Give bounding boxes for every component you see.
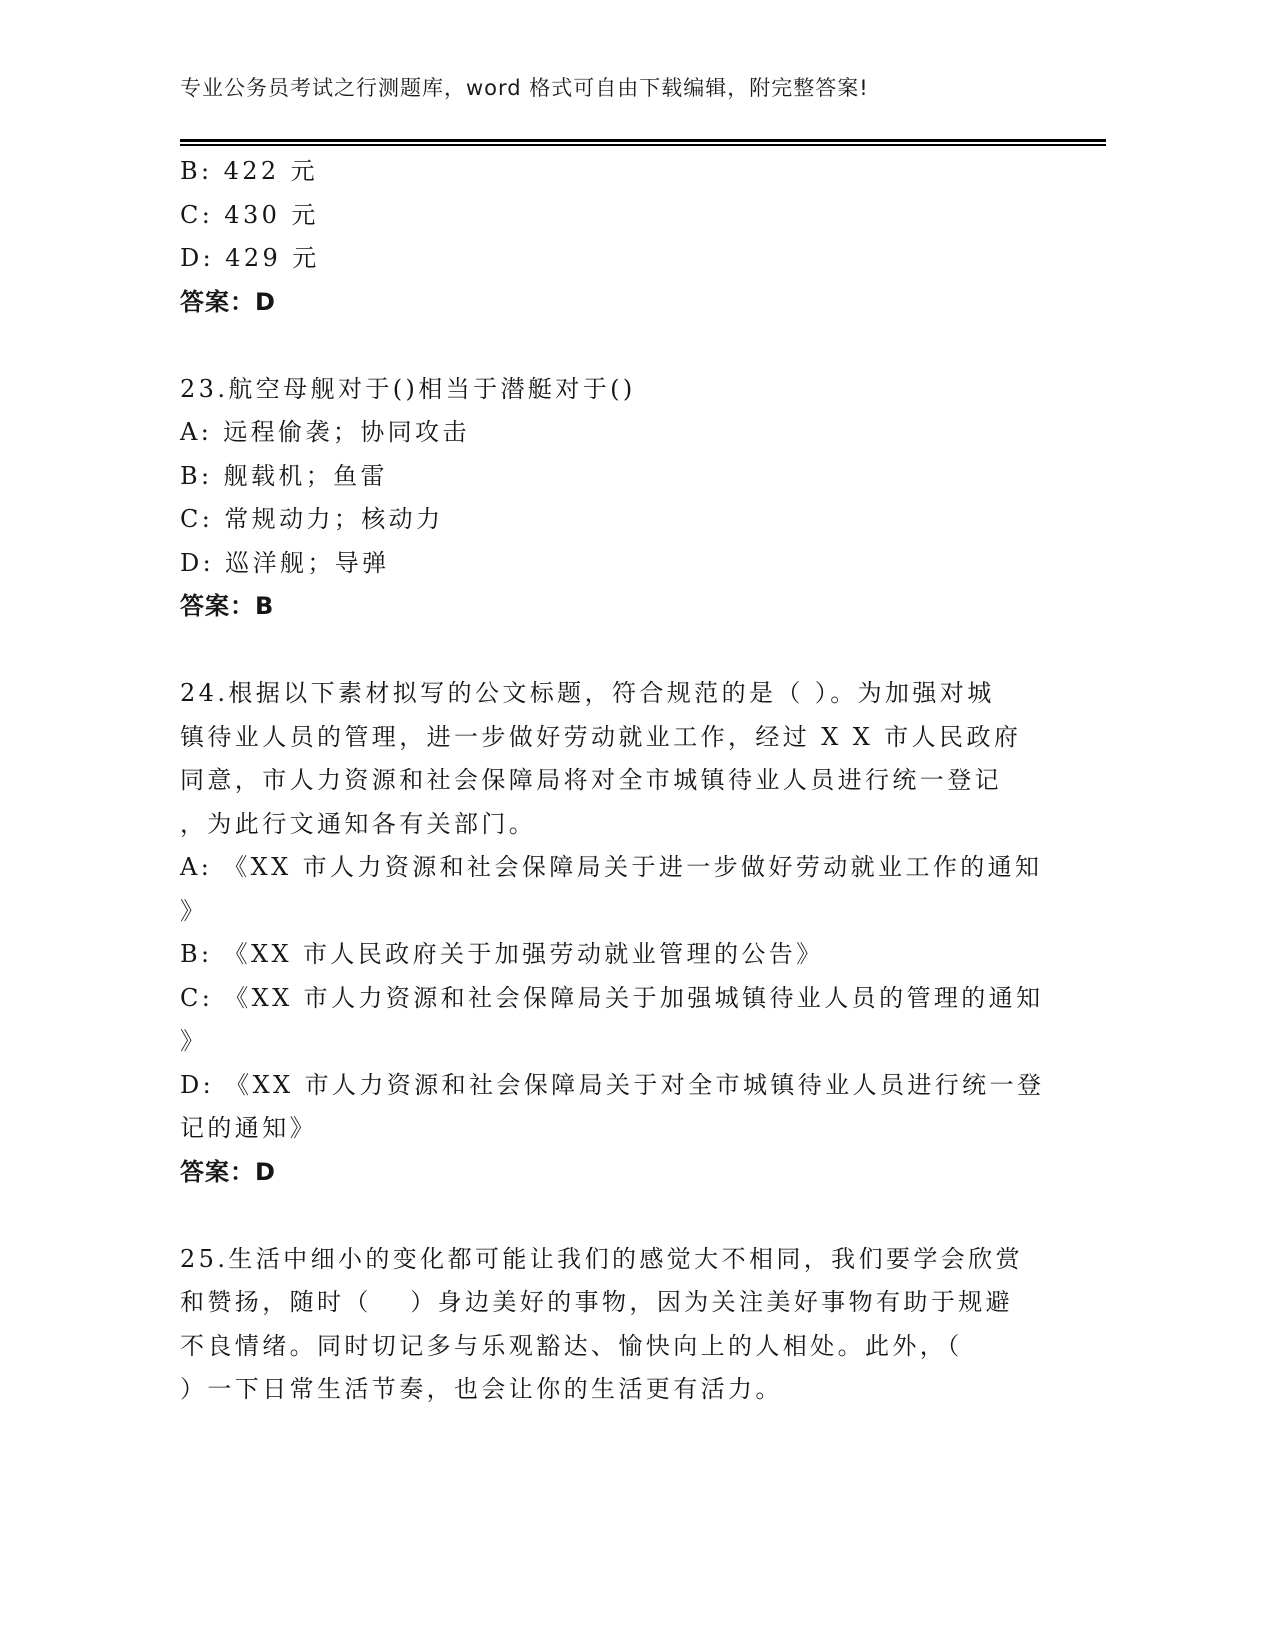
question-stem-cont: 不良情绪。同时切记多与乐观豁达、愉快向上的人相处。此外，（: [180, 1325, 1040, 1369]
option-a: A: 《XX 市人力资源和社会保障局关于进一步做好劳动就业工作的通知: [180, 846, 1040, 890]
header-rule-thick: [180, 139, 1106, 142]
option-d-cont: 记的通知》: [180, 1107, 1040, 1151]
option-d: D: 429 元: [180, 237, 1040, 281]
question-stem-cont: 镇待业人员的管理，进一步做好劳动就业工作，经过 X X 市人民政府: [180, 716, 1040, 760]
option-c-cont: 》: [180, 1020, 1040, 1064]
answer-line: 答案：B: [180, 585, 1040, 629]
spacer: [180, 324, 1040, 368]
option-a: A: 远程偷袭；协同攻击: [180, 411, 1040, 455]
option-label: B:: [180, 157, 213, 185]
spacer: [180, 629, 1040, 673]
option-text: 430 元: [224, 201, 318, 229]
option-text: 429 元: [225, 244, 319, 272]
header-rule-thin: [180, 144, 1106, 146]
question-stem: 25.生活中细小的变化都可能让我们的感觉大不相同，我们要学会欣赏: [180, 1238, 1040, 1282]
question-stem-cont: ）一下日常生活节奏，也会让你的生活更有活力。: [180, 1368, 1040, 1412]
option-text: 422 元: [224, 157, 318, 185]
option-d: D: 巡洋舰；导弹: [180, 542, 1040, 586]
answer-line: 答案：D: [180, 1151, 1040, 1195]
question-25: 25.生活中细小的变化都可能让我们的感觉大不相同，我们要学会欣赏 和赞扬，随时（…: [180, 1238, 1040, 1412]
option-b: B: 《XX 市人民政府关于加强劳动就业管理的公告》: [180, 933, 1040, 977]
question-number: 25.: [180, 1245, 228, 1273]
question-stem: 23.航空母舰对于()相当于潜艇对于(): [180, 368, 1040, 412]
option-label: D:: [180, 244, 214, 272]
question-stem-cont: 和赞扬，随时（ ）身边美好的事物，因为关注美好事物有助于规避: [180, 1281, 1040, 1325]
question-23: 23.航空母舰对于()相当于潜艇对于() A: 远程偷袭；协同攻击 B: 舰载机…: [180, 368, 1040, 629]
question-number: 23.: [180, 375, 228, 403]
option-b: B: 422 元: [180, 150, 1040, 194]
question-stem-cont: ，为此行文通知各有关部门。: [180, 803, 1040, 847]
option-b: B: 舰载机；鱼雷: [180, 455, 1040, 499]
prev-question: B: 422 元 C: 430 元 D: 429 元 答案：D: [180, 150, 1040, 324]
option-c: C: 常规动力；核动力: [180, 498, 1040, 542]
option-label: C:: [180, 201, 213, 229]
question-number: 24.: [180, 679, 228, 707]
question-stem: 24.根据以下素材拟写的公文标题，符合规范的是（ ）。为加强对城: [180, 672, 1040, 716]
option-a-cont: 》: [180, 890, 1040, 934]
answer-line: 答案：D: [180, 281, 1040, 325]
spacer: [180, 1194, 1040, 1238]
option-c: C: 《XX 市人力资源和社会保障局关于加强城镇待业人员的管理的通知: [180, 977, 1040, 1021]
option-c: C: 430 元: [180, 194, 1040, 238]
question-24: 24.根据以下素材拟写的公文标题，符合规范的是（ ）。为加强对城 镇待业人员的管…: [180, 672, 1040, 1194]
document-body: B: 422 元 C: 430 元 D: 429 元 答案：D 23.航空母舰对…: [180, 150, 1040, 1412]
question-stem-cont: 同意，市人力资源和社会保障局将对全市城镇待业人员进行统一登记: [180, 759, 1040, 803]
option-d: D: 《XX 市人力资源和社会保障局关于对全市城镇待业人员进行统一登: [180, 1064, 1040, 1108]
page-header: 专业公务员考试之行测题库，word 格式可自由下载编辑，附完整答案!: [180, 72, 1106, 104]
